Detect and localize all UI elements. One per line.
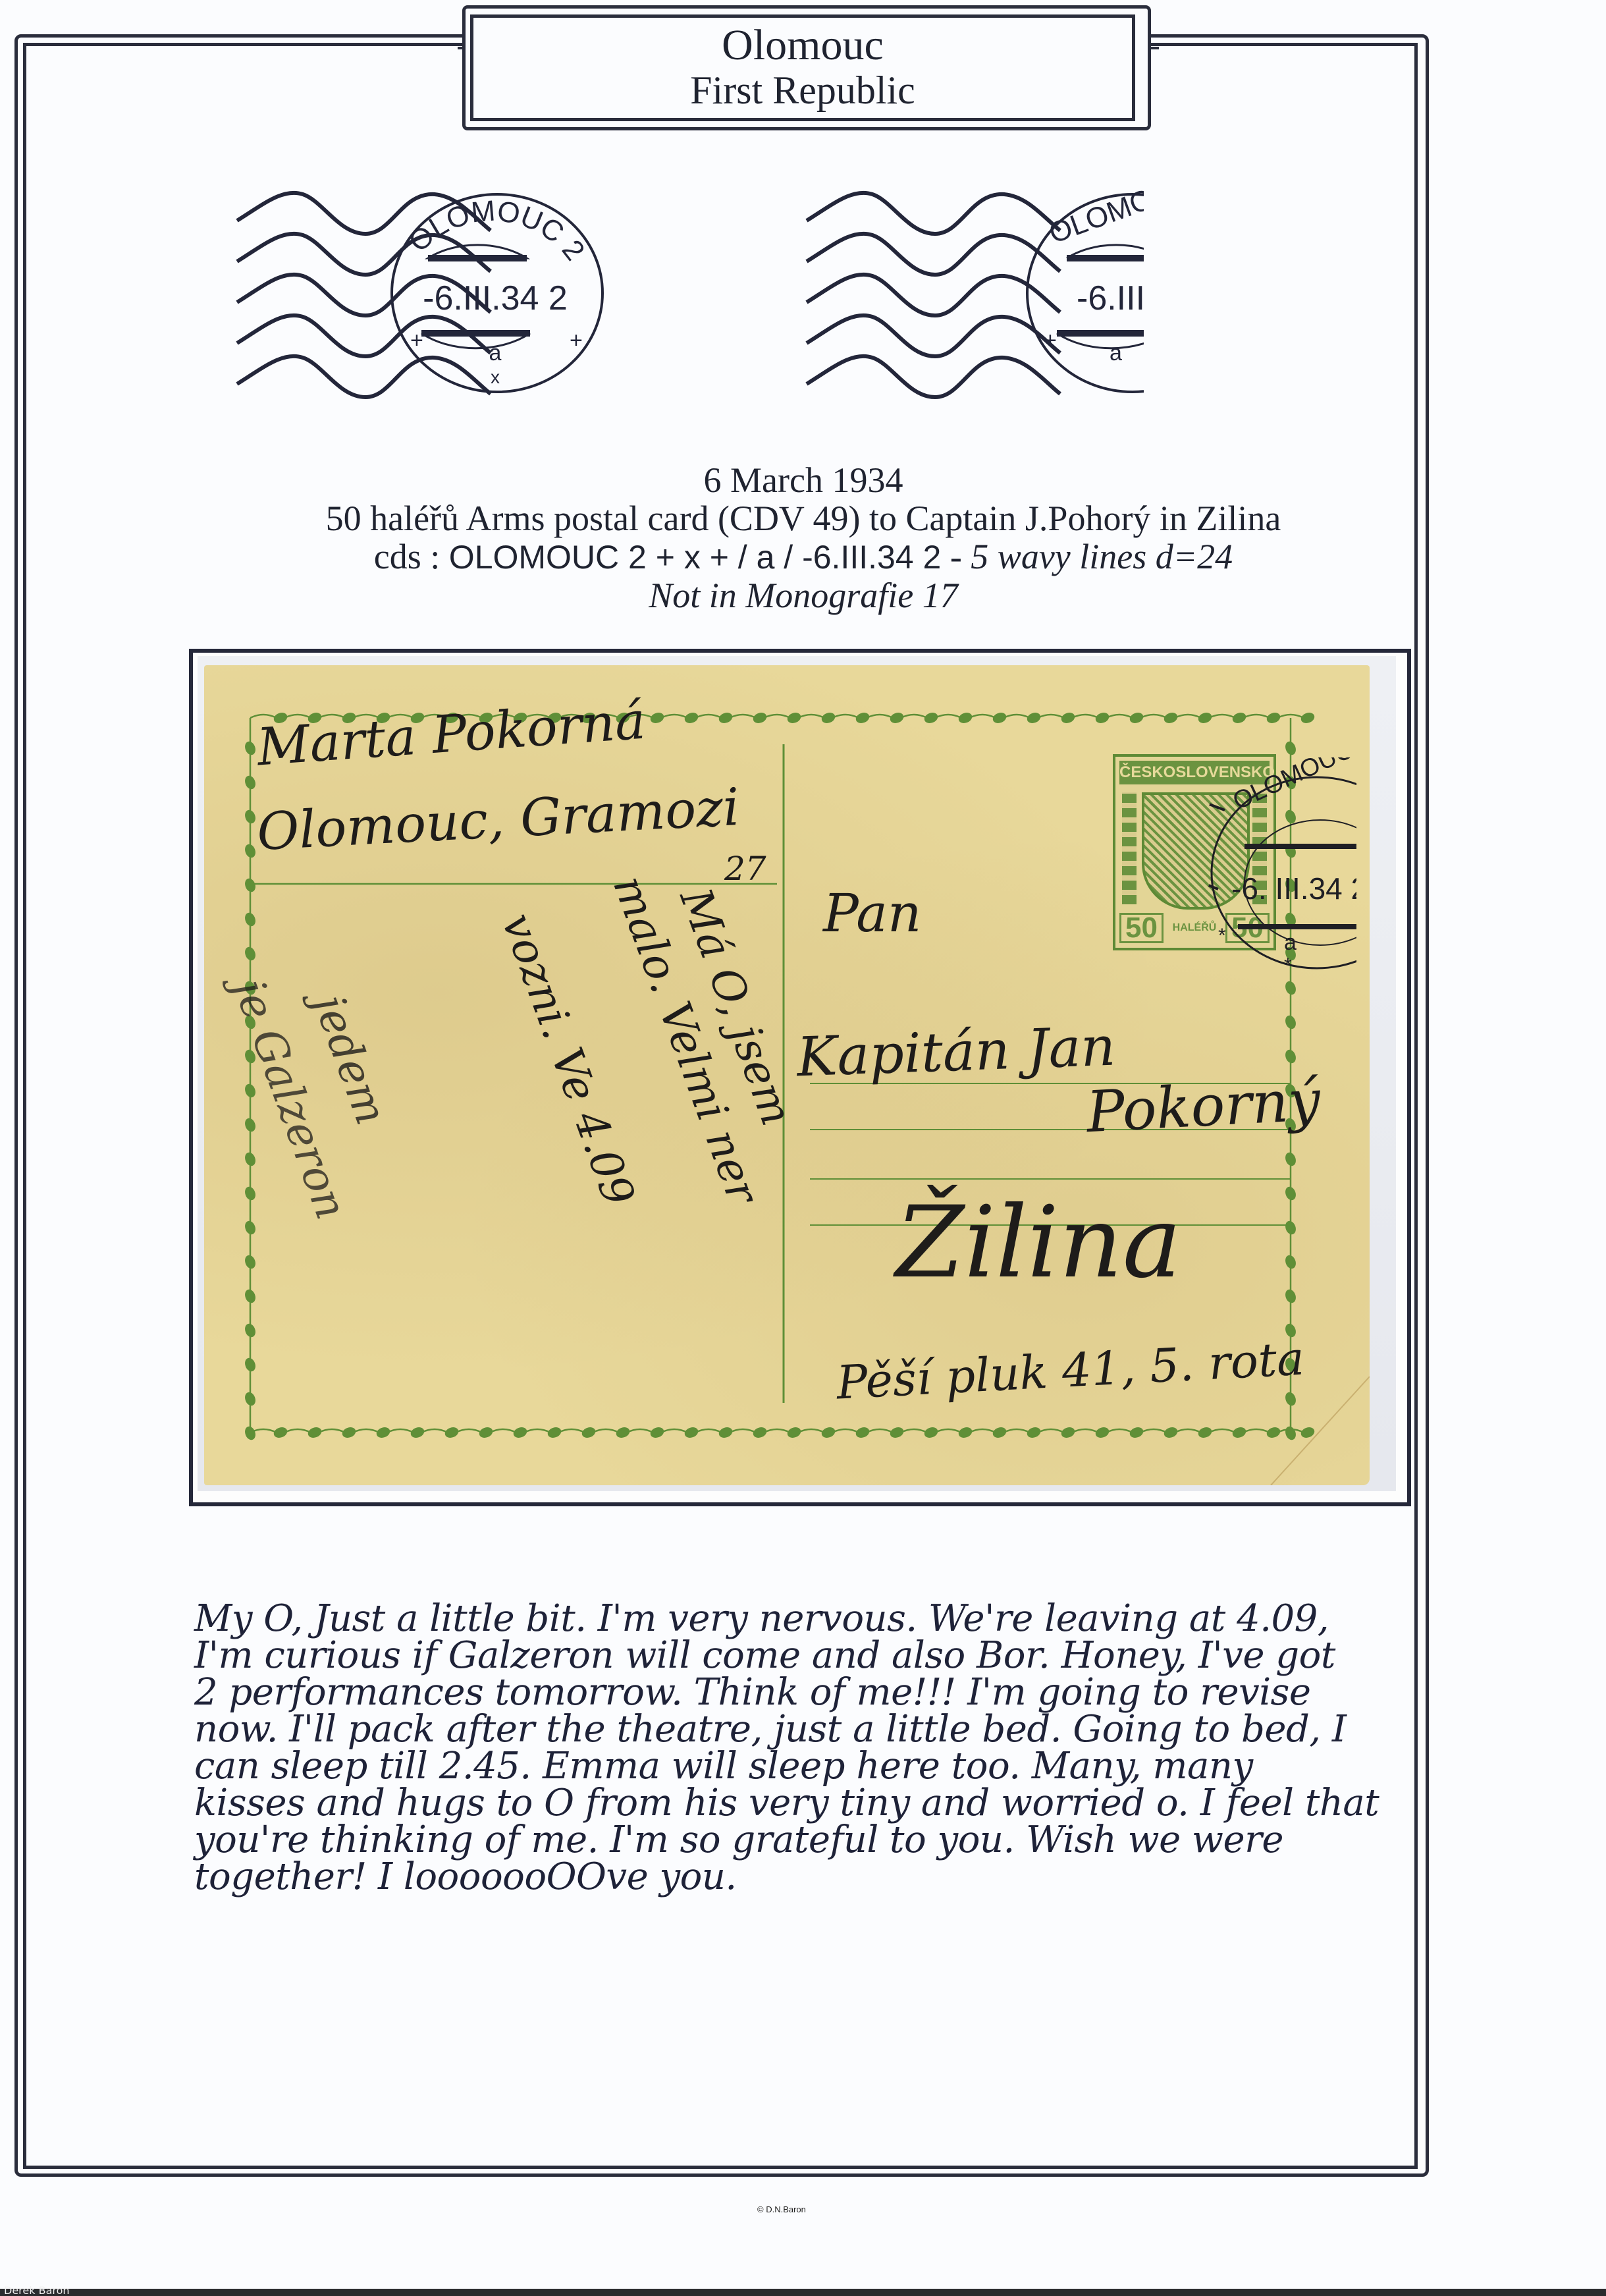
postcard-postmark: OLOMOUC -6. III.34 2 a * * — [1205, 757, 1376, 975]
svg-text:x: x — [491, 367, 500, 387]
item-summary: 50 haléřů Arms postal card (CDV 49) to C… — [198, 499, 1409, 537]
svg-text:a: a — [1284, 930, 1297, 955]
item-date: 6 March 1934 — [198, 461, 1409, 499]
svg-text:-6. III.34 2: -6. III.34 2 — [1231, 871, 1368, 906]
page-subtitle: First Republic — [473, 69, 1132, 111]
translation-line: now. I'll pack after the theatre, just a… — [194, 1711, 1412, 1748]
photo-credit: Derek Baron — [4, 2284, 70, 2296]
item-description: 6 March 1934 50 haléřů Arms postal card … — [198, 461, 1409, 615]
sender-house-number: 27 — [724, 850, 766, 888]
translation-line: 2 performances tomorrow. Think of me!!! … — [194, 1674, 1412, 1711]
svg-text:a: a — [489, 341, 502, 366]
translation-line: together! I looooooOOve you. — [194, 1859, 1412, 1896]
svg-text:OLOMOUC: OLOMOUC — [1045, 178, 1196, 250]
svg-text:*: * — [1218, 925, 1226, 946]
svg-text:*: * — [1284, 954, 1292, 975]
recipient-salutation: Pan — [823, 883, 921, 944]
recipient-surname: Pokorný — [1085, 1068, 1322, 1145]
svg-text:+: + — [1044, 328, 1057, 353]
wavy-lines-group-2 — [807, 193, 1060, 397]
svg-text:+: + — [410, 328, 423, 353]
postmark-2-partial: OLOMOUC -6.III.34 2 a + — [1027, 178, 1238, 392]
stamp-value-left: 50 — [1119, 913, 1164, 943]
wavy-line-cancel-illustration: OLOMOUC 2 -6.III.34 2 a + + x OLOMOUC -6… — [230, 178, 1350, 402]
scan-edge-bar — [0, 2289, 1606, 2296]
translation-line: you're thinking of me. I'm so grateful t… — [194, 1822, 1412, 1859]
translation-line: can sleep till 2.45. Emma will sleep her… — [194, 1748, 1412, 1785]
cds-suffix: - 5 wavy lines d=24 — [941, 537, 1233, 576]
svg-text:-6.III.34 2: -6.III.34 2 — [1077, 279, 1221, 317]
page-title: Olomouc — [473, 22, 1132, 69]
message-translation: My O, Just a little bit. I'm very nervou… — [194, 1600, 1412, 1896]
recipient-city: Žilina — [896, 1186, 1181, 1300]
svg-text:OLOMOUC: OLOMOUC — [1229, 757, 1358, 815]
copyright-notice: © D.N.Baron — [757, 2204, 806, 2214]
title-box-inner: Olomouc First Republic — [470, 14, 1135, 121]
catalogue-note: Not in Monografie 17 — [198, 576, 1409, 615]
postmark-1: OLOMOUC 2 -6.III.34 2 a + + x — [392, 194, 602, 392]
cds-prefix: cds : — [374, 537, 449, 576]
translation-line: kisses and hugs to O from his very tiny … — [194, 1785, 1412, 1822]
translation-line: I'm curious if Galzeron will come and al… — [194, 1637, 1412, 1674]
recipient-name: Kapitán Jan — [795, 1016, 1116, 1089]
cds-line: cds : OLOMOUC 2 + x + / a / -6.III.34 2 … — [198, 537, 1409, 576]
cds-value: OLOMOUC 2 + x + / a / -6.III.34 2 — [449, 539, 942, 576]
stamp-ornament-left — [1122, 792, 1137, 904]
svg-text:a: a — [1110, 341, 1122, 366]
svg-text:+: + — [570, 328, 583, 353]
translation-line: My O, Just a little bit. I'm very nervou… — [194, 1600, 1412, 1637]
svg-text:-6.III.34 2: -6.III.34 2 — [423, 279, 568, 317]
